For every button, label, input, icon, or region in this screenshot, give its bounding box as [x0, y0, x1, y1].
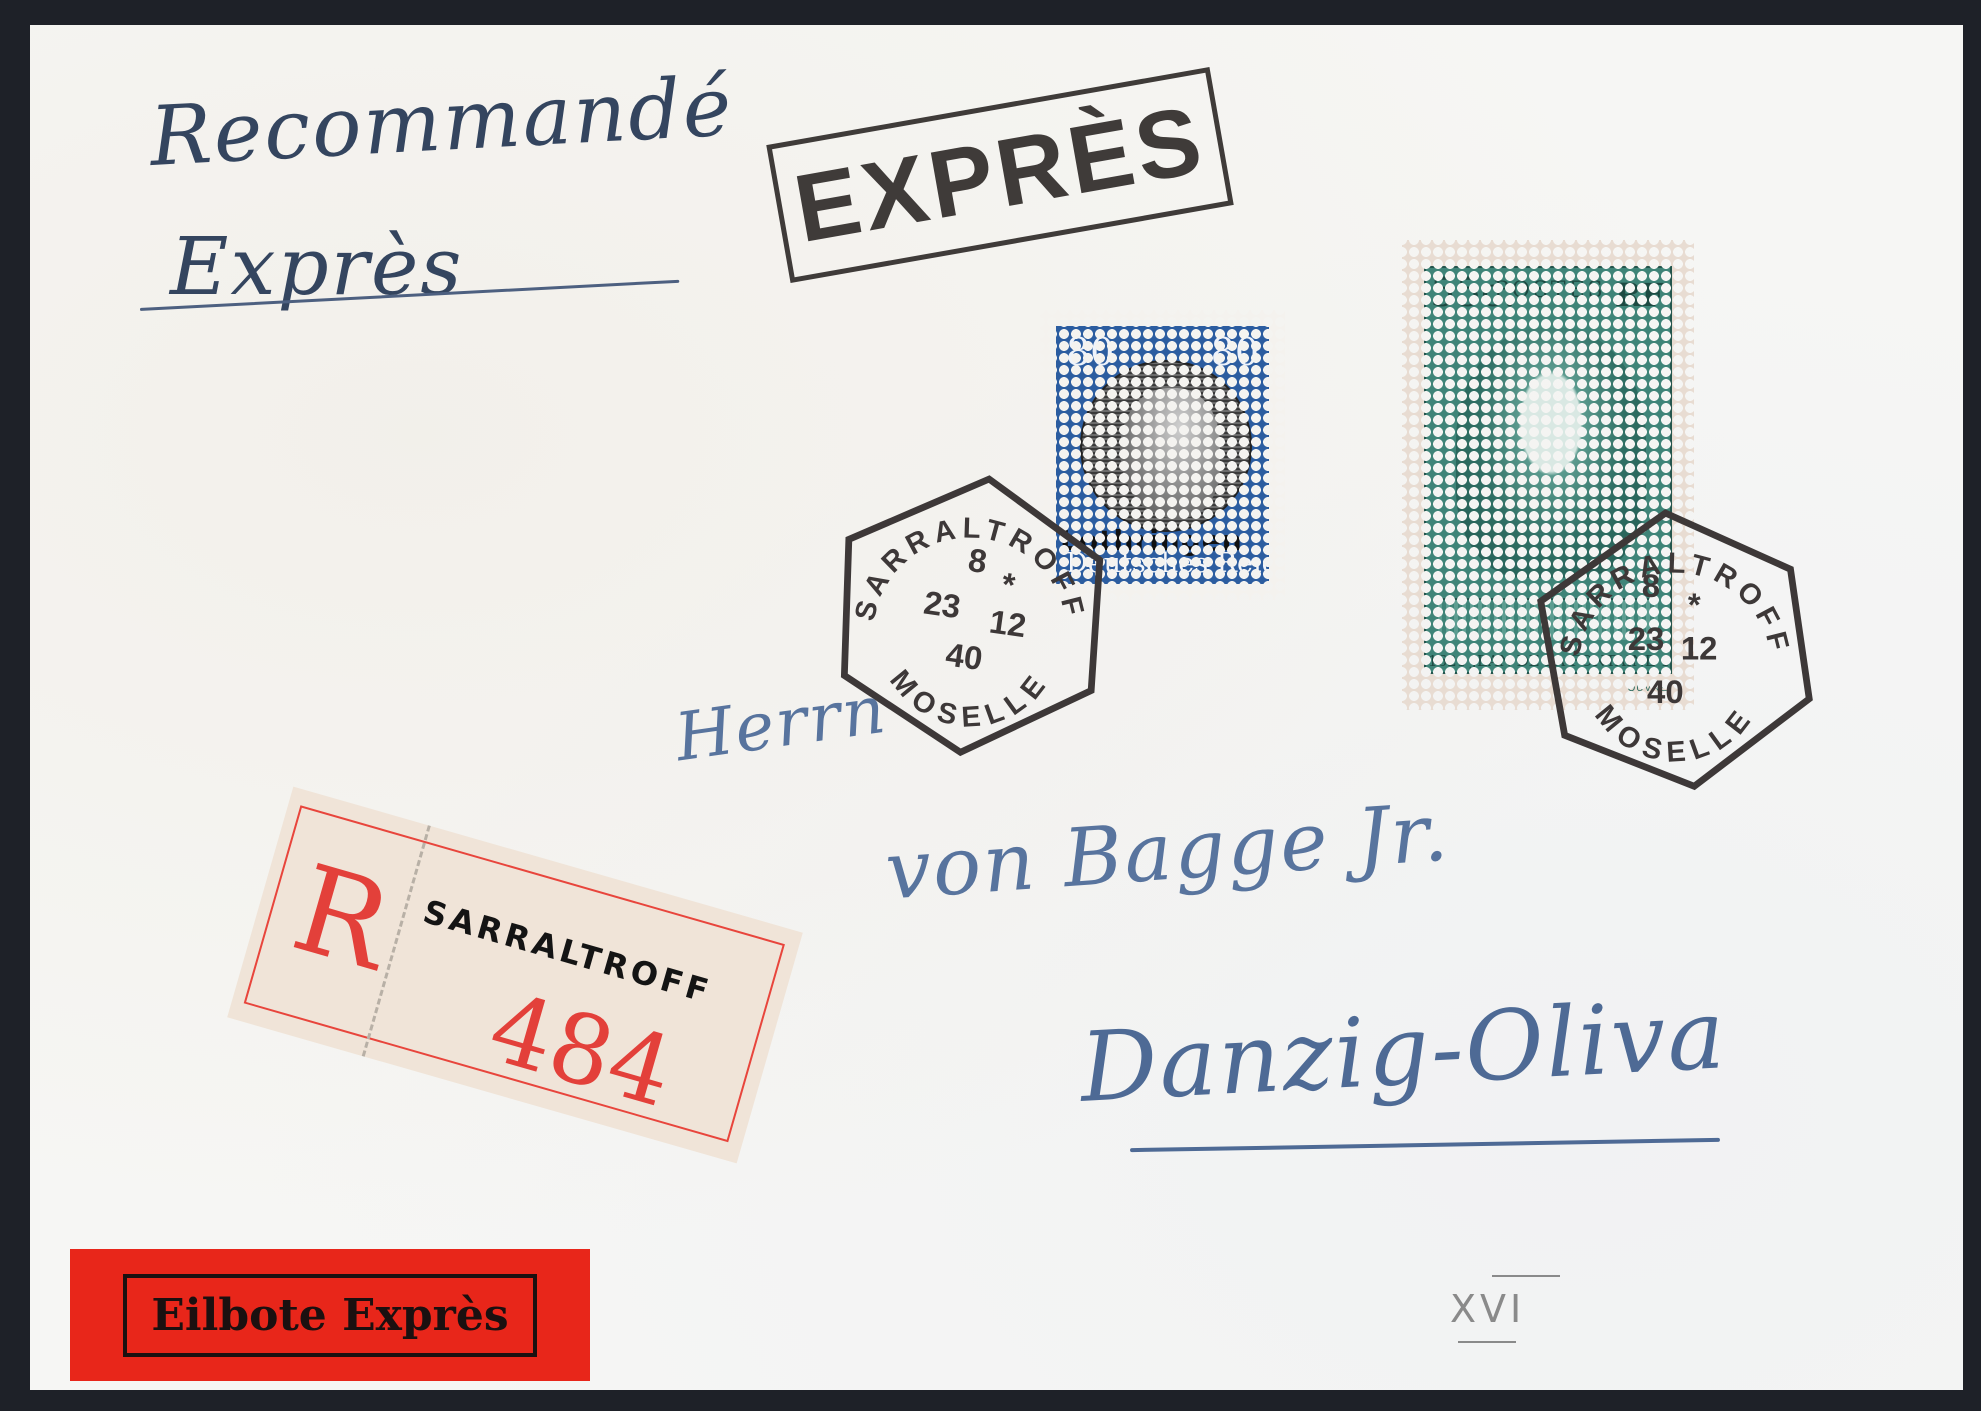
svg-text:8: 8 — [966, 541, 989, 580]
address-salutation: Herrn — [671, 671, 892, 777]
express-label: Eilbote Exprès — [70, 1249, 590, 1381]
svg-text:12: 12 — [987, 602, 1028, 644]
svg-text:*: * — [1688, 586, 1701, 623]
svg-text:*: * — [1000, 565, 1018, 603]
address-name: von Bagge Jr. — [882, 785, 1452, 917]
pencil-note: XVI — [1450, 1287, 1525, 1331]
svg-text:40: 40 — [1647, 673, 1684, 710]
registration-label: R SARRALTROFF 484 — [227, 787, 803, 1164]
hexagonal-postmark: SARRALTROFF MOSELLE 8 * 23 12 40 — [1530, 505, 1820, 795]
svg-text:40: 40 — [944, 635, 985, 677]
handwritten-recommande: Recommandé — [148, 60, 736, 185]
stamp-country: RF — [1615, 276, 1664, 314]
express-label-text: Eilbote Exprès — [123, 1274, 536, 1357]
svg-text:12: 12 — [1681, 630, 1718, 667]
envelope: Recommandé Exprès EXPRÈS 80 80 Lothringe… — [30, 25, 1963, 1390]
svg-text:8: 8 — [1642, 567, 1660, 604]
pencil-mark — [1458, 1341, 1516, 1343]
address-underline — [1130, 1138, 1720, 1152]
pencil-mark — [1492, 1275, 1560, 1277]
stamp-header: POSTES — [1494, 278, 1606, 303]
address-city: Danzig-Oliva — [1078, 978, 1730, 1124]
svg-text:23: 23 — [1628, 620, 1665, 657]
stamp-value-left: 80 — [1066, 330, 1114, 374]
expres-box-cachet: EXPRÈS — [766, 67, 1233, 283]
svg-text:23: 23 — [922, 583, 963, 625]
stamp-value-right: 80 — [1211, 330, 1259, 374]
